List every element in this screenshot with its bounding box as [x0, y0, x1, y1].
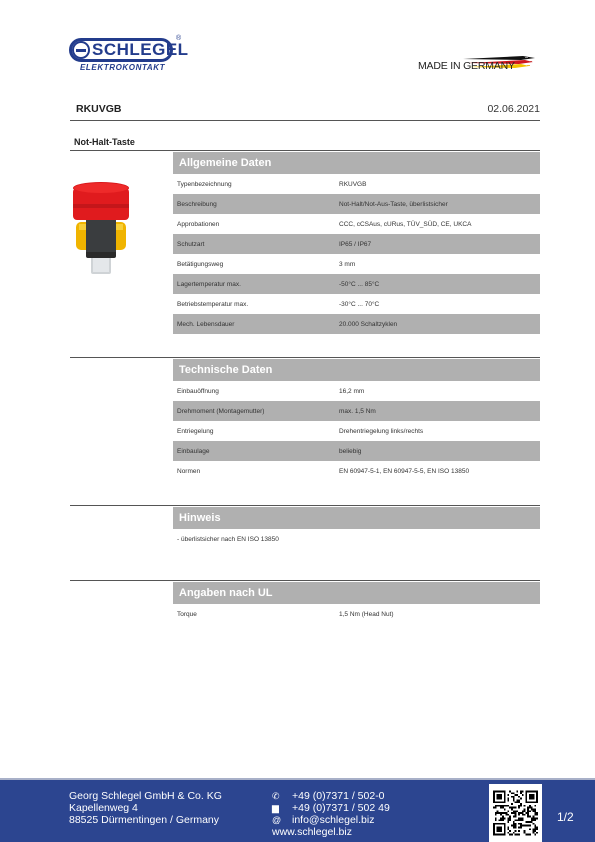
contact-info: ✆+49 (0)7371 / 502-0 ▆+49 (0)7371 / 502 …: [272, 790, 390, 838]
divider: [70, 357, 540, 358]
row-label: Approbationen: [177, 221, 219, 228]
divider: [70, 505, 540, 506]
at-icon: @: [272, 814, 292, 826]
qr-code-icon: [493, 788, 538, 838]
section-title: Allgemeine Daten: [173, 152, 540, 174]
company-name: Georg Schlegel GmbH & Co. KG: [69, 790, 222, 802]
table-row: Betriebstemperatur max.-30°C ... 70°C: [173, 294, 540, 314]
row-value: max. 1,5 Nm: [339, 408, 376, 415]
fax-number: +49 (0)7371 / 502 49: [292, 802, 390, 814]
page-number: 1/2: [557, 810, 574, 824]
note-text: - überlistsicher nach EN ISO 13850: [173, 529, 540, 559]
row-label: Betriebstemperatur max.: [177, 301, 248, 308]
divider: [70, 120, 540, 121]
row-value: RKUVGB: [339, 181, 366, 188]
product-code: RKUVGB: [76, 103, 122, 115]
logo-text: SCHLEGEL: [92, 40, 189, 60]
email-link[interactable]: info@schlegel.biz: [292, 814, 374, 826]
row-label: Einbauöffnung: [177, 388, 219, 395]
row-label: Betätigungsweg: [177, 261, 223, 268]
footer: Georg Schlegel GmbH & Co. KG Kapellenweg…: [0, 778, 595, 842]
row-value: 20.000 Schaltzyklen: [339, 321, 397, 328]
table-row: Betätigungsweg3 mm: [173, 254, 540, 274]
row-value: 1,5 Nm (Head Nut): [339, 611, 394, 618]
section-general: Allgemeine Daten TypenbezeichnungRKUVGB …: [173, 152, 540, 334]
row-value: CCC, cCSAus, cURus, TÜV_SÜD, CE, UKCA: [339, 221, 471, 228]
table-row: BeschreibungNot-Halt/Not-Aus-Taste, über…: [173, 194, 540, 214]
schlegel-logo: SCHLEGEL ® ELEKTROKONTAKT: [69, 38, 179, 74]
section-ul: Angaben nach UL Torque1,5 Nm (Head Nut): [173, 582, 540, 624]
product-subtitle: Not-Halt-Taste: [74, 137, 135, 147]
table-row: Torque1,5 Nm (Head Nut): [173, 604, 540, 624]
company-street: Kapellenweg 4: [69, 802, 222, 814]
row-value: Not-Halt/Not-Aus-Taste, überlistsicher: [339, 201, 448, 208]
table-row: Lagertemperatur max.-50°C ... 85°C: [173, 274, 540, 294]
row-value: 16,2 mm: [339, 388, 364, 395]
row-value: EN 60947-5-1, EN 60947-5-5, EN ISO 13850: [339, 468, 469, 475]
fax-icon: ▆: [272, 802, 292, 814]
divider: [70, 580, 540, 581]
row-value: -30°C ... 70°C: [339, 301, 379, 308]
phone-number: +49 (0)7371 / 502-0: [292, 790, 385, 802]
row-label: Torque: [177, 611, 197, 618]
table-row: EntriegelungDrehentriegelung links/recht…: [173, 421, 540, 441]
row-label: Schutzart: [177, 241, 204, 248]
registered-mark: ®: [176, 35, 181, 42]
company-city: 88525 Dürmentingen / Germany: [69, 814, 222, 826]
qr-code: [489, 784, 542, 842]
table-row: SchutzartIP65 / IP67: [173, 234, 540, 254]
row-label: Entriegelung: [177, 428, 214, 435]
table-row: Einbaulagebeliebig: [173, 441, 540, 461]
phone-icon: ✆: [272, 790, 292, 802]
table-row: Drehmoment (Montagemutter)max. 1,5 Nm: [173, 401, 540, 421]
row-value: beliebig: [339, 448, 361, 455]
row-label: Typenbezeichnung: [177, 181, 232, 188]
document-date: 02.06.2021: [487, 103, 540, 115]
row-value: IP65 / IP67: [339, 241, 371, 248]
row-value: -50°C ... 85°C: [339, 281, 379, 288]
row-label: Drehmoment (Montagemutter): [177, 408, 264, 415]
row-label: Lagertemperatur max.: [177, 281, 241, 288]
row-label: Mech. Lebensdauer: [177, 321, 234, 328]
table-row: ApprobationenCCC, cCSAus, cURus, TÜV_SÜD…: [173, 214, 540, 234]
logo-emblem-icon: [72, 41, 90, 59]
section-title: Angaben nach UL: [173, 582, 540, 604]
row-label: Beschreibung: [177, 201, 217, 208]
section-technical: Technische Daten Einbauöffnung16,2 mm Dr…: [173, 359, 540, 481]
row-label: Normen: [177, 468, 200, 475]
table-row: NormenEN 60947-5-1, EN 60947-5-5, EN ISO…: [173, 461, 540, 481]
row-value: Drehentriegelung links/rechts: [339, 428, 423, 435]
divider: [70, 150, 540, 151]
made-in-germany: MADE IN GERMANY: [418, 60, 515, 72]
company-address: Georg Schlegel GmbH & Co. KG Kapellenweg…: [69, 790, 222, 826]
table-row: Mech. Lebensdauer20.000 Schaltzyklen: [173, 314, 540, 334]
row-value: 3 mm: [339, 261, 355, 268]
row-label: Einbaulage: [177, 448, 210, 455]
table-row: Einbauöffnung16,2 mm: [173, 381, 540, 401]
section-title: Hinweis: [173, 507, 540, 529]
website-link[interactable]: www.schlegel.biz: [272, 826, 352, 838]
logo-subtitle: ELEKTROKONTAKT: [80, 63, 165, 72]
section-title: Technische Daten: [173, 359, 540, 381]
table-row: TypenbezeichnungRKUVGB: [173, 174, 540, 194]
section-note: Hinweis - überlistsicher nach EN ISO 138…: [173, 507, 540, 559]
product-image: [71, 178, 131, 278]
